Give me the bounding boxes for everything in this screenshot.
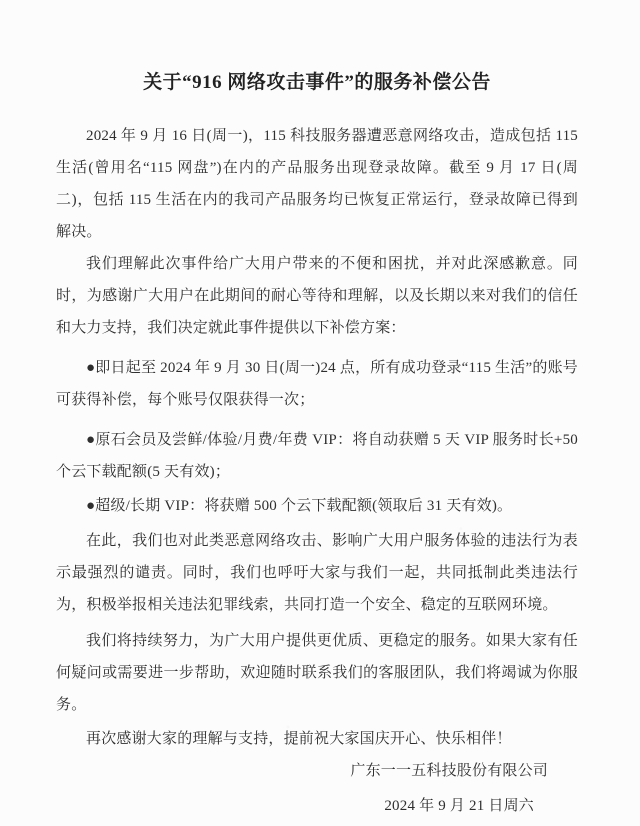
announcement-document: 关于“916 网络攻击事件”的服务补偿公告 2024 年 9 月 16 日(周一… xyxy=(0,0,640,826)
signature-company: 广东一一五科技股份有限公司 xyxy=(56,755,578,787)
list-item-vip-compensation: ●原石会员及尝鲜/体验/月费/年费 VIP：将自动获赠 5 天 VIP 服务时长… xyxy=(56,424,578,488)
list-item-supervip-compensation: ●超级/长期 VIP：将获赠 500 个云下载配额(领取后 31 天有效)。 xyxy=(56,490,578,522)
paragraph-apology: 我们理解此次事件给广大用户带来的不便和困扰，并对此深感歉意。同时，为感谢广大用户… xyxy=(56,248,578,344)
bullet-icon: ● xyxy=(86,360,95,376)
compensation-list: ●即日起至 2024 年 9 月 30 日(周一)24 点，所有成功登录“115… xyxy=(56,352,578,522)
paragraph-incident-intro: 2024 年 9 月 16 日(周一)，115 科技服务器遭恶意网络攻击，造成包… xyxy=(56,120,578,248)
list-item-login-compensation: ●即日起至 2024 年 9 月 30 日(周一)24 点，所有成功登录“115… xyxy=(56,352,578,416)
paragraph-thanks: 再次感谢大家的理解与支持，提前祝大家国庆开心、快乐相伴！ xyxy=(56,723,578,755)
signature-block: 广东一一五科技股份有限公司 2024 年 9 月 21 日周六 xyxy=(56,755,578,822)
list-item-text: 超级/长期 VIP：将获赠 500 个云下载配额(领取后 31 天有效)。 xyxy=(95,498,512,514)
list-item-text: 即日起至 2024 年 9 月 30 日(周一)24 点，所有成功登录“115 … xyxy=(56,360,578,408)
list-item-text: 原石会员及尝鲜/体验/月费/年费 VIP：将自动获赠 5 天 VIP 服务时长+… xyxy=(56,432,578,480)
paragraph-condemnation: 在此，我们也对此类恶意网络攻击、影响广大用户服务体验的违法行为表示最强烈的谴责。… xyxy=(56,525,578,621)
page: { "document": { "title": "关于“916 网络攻击事件”… xyxy=(0,0,640,826)
signature-date: 2024 年 9 月 21 日周六 xyxy=(56,790,578,822)
paragraph-commitment: 我们将持续努力，为广大用户提供更优质、更稳定的服务。如果大家有任何疑问或需要进一… xyxy=(56,625,578,721)
document-title: 关于“916 网络攻击事件”的服务补偿公告 xyxy=(56,70,578,96)
bullet-icon: ● xyxy=(86,432,95,448)
bullet-icon: ● xyxy=(86,498,95,514)
